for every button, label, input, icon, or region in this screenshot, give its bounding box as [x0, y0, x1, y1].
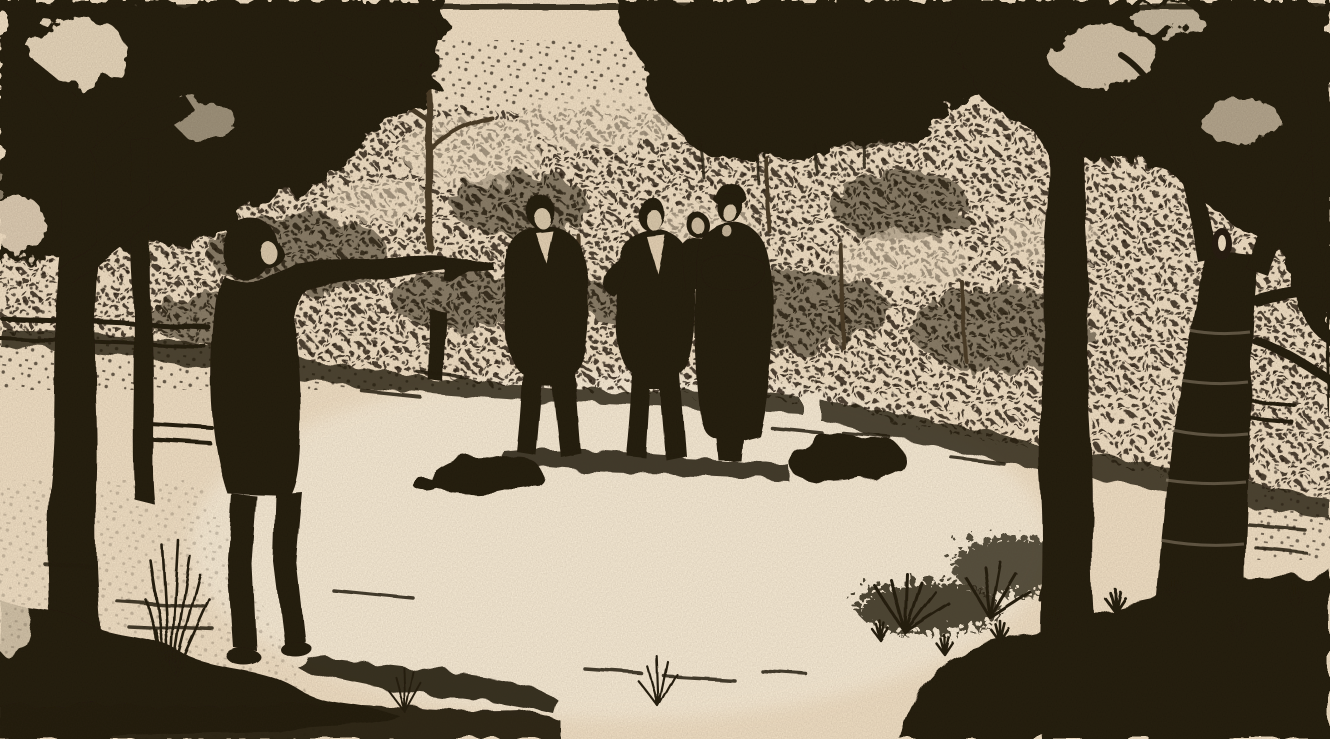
- paper-grain-overlay: [0, 0, 1330, 739]
- engraving-canvas: Duel in a wooded clearing — engraved ill…: [0, 0, 1330, 739]
- engraving-stage: Duel in a wooded clearing — engraved ill…: [0, 0, 1330, 739]
